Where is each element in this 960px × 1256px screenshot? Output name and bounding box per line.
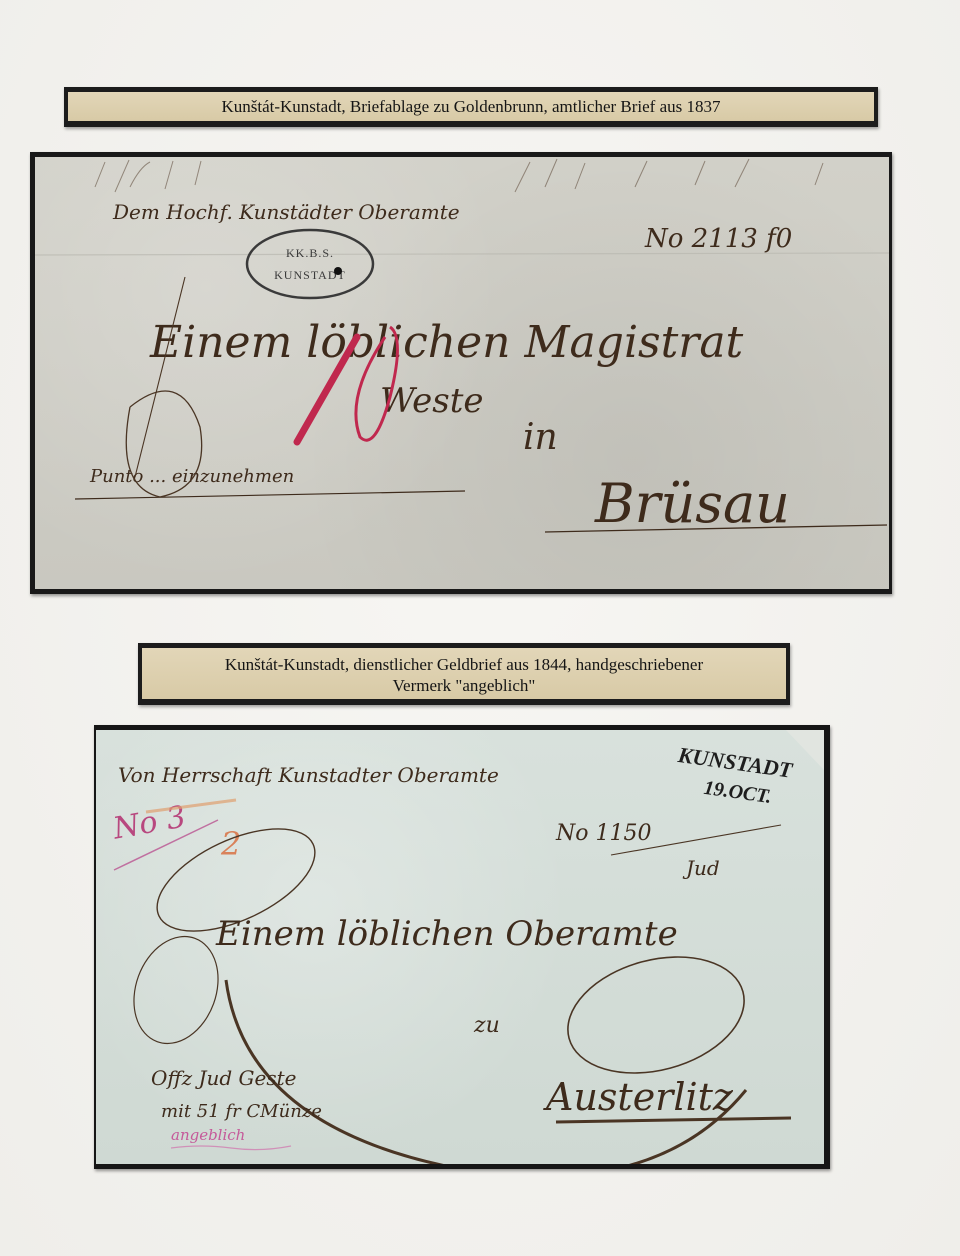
- svg-text:10: 10: [365, 416, 367, 418]
- caption-text-line1: Kunštát-Kunstadt, dienstlicher Geldbrief…: [142, 654, 786, 675]
- cover-1837-writing: Dem Hochf. Kunstädter Oberamte No 2113 f…: [35, 157, 889, 589]
- cover-1844: Von Herrschaft Kunstadter Oberamte KUNST…: [94, 725, 830, 1169]
- caption-text-line2: Vermerk "angeblich": [142, 675, 786, 696]
- sender-line: Von Herrschaft Kunstadter Oberamte: [118, 763, 499, 787]
- reference-sub: Jud: [682, 856, 720, 880]
- svg-text:KK.B.S.: KK.B.S.: [286, 246, 334, 260]
- reference-number: No 2113 f0: [644, 224, 792, 254]
- sender-line: Dem Hochf. Kunstädter Oberamte: [112, 200, 460, 224]
- caption-label-1844: Kunštát-Kunstadt, dienstlicher Geldbrief…: [138, 643, 790, 705]
- note-line1: Offz Jud Geste: [151, 1066, 296, 1090]
- svg-text:KUNSTADT: KUNSTADT: [676, 742, 796, 783]
- cover-1844-writing: Von Herrschaft Kunstadter Oberamte KUNST…: [96, 730, 824, 1164]
- address-line1: Einem löblichen Oberamte: [215, 914, 678, 954]
- svg-text:19.OCT.: 19.OCT.: [702, 777, 773, 808]
- orange-marking: 2: [220, 825, 241, 863]
- note-line2: mit 51 fr CMünze: [161, 1101, 322, 1122]
- address-line1: Einem löblichen Magistrat: [149, 317, 744, 368]
- cover-1837: Dem Hochf. Kunstädter Oberamte No 2113 f…: [30, 152, 892, 594]
- reference-number: No 1150: [555, 821, 651, 846]
- address-line3: in: [523, 417, 558, 458]
- destination: Brüsau: [594, 472, 790, 535]
- address-line2: zu: [473, 1013, 500, 1038]
- straight-line-postmark: KUNSTADT 19.OCT.: [672, 742, 796, 811]
- address-line2: Weste: [380, 381, 484, 421]
- note-angeblich: angeblich: [171, 1126, 245, 1144]
- caption-text: Kunštát-Kunstadt, Briefablage zu Goldenb…: [221, 97, 720, 116]
- destination: Austerlitz: [543, 1075, 734, 1119]
- note-bottom-left: Punto ... einzunehmen: [89, 466, 294, 487]
- oval-postmark: KK.B.S. KUNSTADT: [247, 230, 373, 298]
- caption-label-1837: Kunštát-Kunstadt, Briefablage zu Goldenb…: [64, 87, 878, 127]
